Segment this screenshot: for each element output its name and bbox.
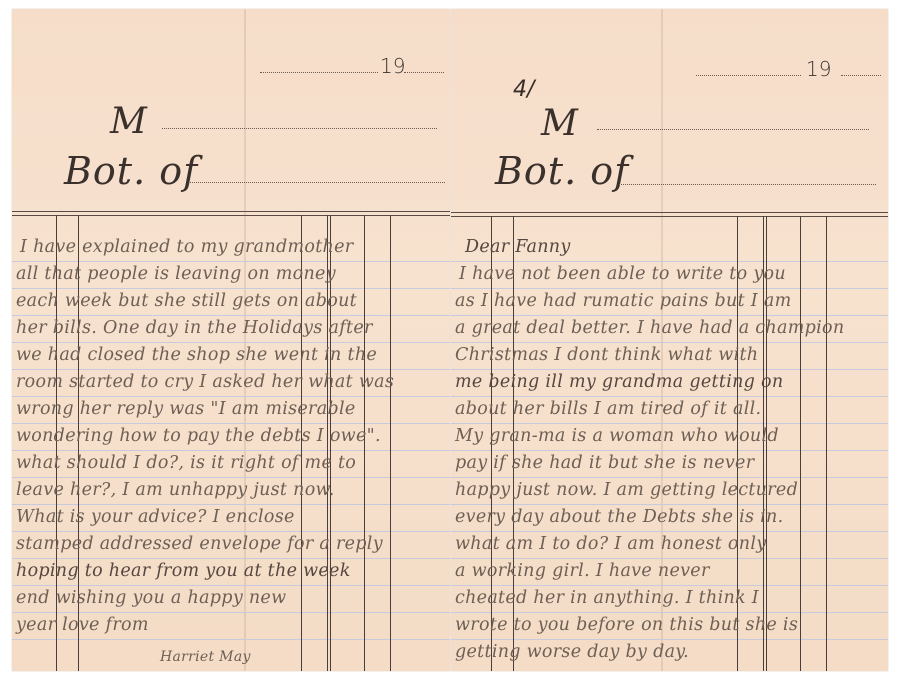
table-top-rule xyxy=(451,212,888,217)
letter-line: wrong her reply was "I am miserable xyxy=(12,399,450,419)
bot-of-label: Bot. of xyxy=(64,149,198,193)
left-page: 19 M Bot. of I have explained to my gran… xyxy=(12,9,450,671)
letter-line: a great deal better. I have had a champi… xyxy=(451,318,888,338)
ruled-line xyxy=(451,612,888,613)
m-label: M xyxy=(541,103,578,144)
ruled-line xyxy=(451,423,888,424)
letter-line: wrote to you before on this but she is xyxy=(451,615,888,635)
ruled-line xyxy=(451,342,888,343)
letter-line: I have explained to my grandmother xyxy=(12,237,450,257)
addressee-line xyxy=(597,129,869,130)
letter-line: pay if she had it but she is never xyxy=(451,453,888,473)
date-line xyxy=(696,75,801,76)
letter-line: her bills. One day in the Holidays after xyxy=(12,318,450,338)
bought-of-line xyxy=(619,184,876,185)
signature: Harriet May xyxy=(160,649,251,665)
ruled-line xyxy=(451,585,888,586)
right-page: 4/ 19 M Bot. of Dear Fanny I have not be… xyxy=(451,9,888,671)
m-label: M xyxy=(110,101,147,142)
ruled-line xyxy=(451,531,888,532)
letter-line: me being ill my grandma getting on xyxy=(451,372,888,392)
letter-line: hoping to hear from you at the week xyxy=(12,561,450,581)
letter-line: getting worse day by day. xyxy=(451,642,888,662)
letter-line: room started to cry I asked her what was xyxy=(12,372,450,392)
letter-line: as I have had rumatic pains but I am xyxy=(451,291,888,311)
letter-line: What is your advice? I enclose xyxy=(12,507,450,527)
ruled-line xyxy=(451,504,888,505)
letter-line: what am I to do? I am honest only xyxy=(451,534,888,554)
ruled-line xyxy=(451,450,888,451)
letter-line: a working girl. I have never xyxy=(451,561,888,581)
letter-line: stamped addressed envelope for a reply xyxy=(12,534,450,554)
ruled-line xyxy=(451,477,888,478)
letter-line: each week but she still gets on about xyxy=(12,291,450,311)
bot-of-label: Bot. of xyxy=(495,149,629,193)
date-line-end xyxy=(841,75,881,76)
letter-line: all that people is leaving on money xyxy=(12,264,450,284)
ruled-line xyxy=(451,639,888,640)
ruled-line xyxy=(451,315,888,316)
letter-line: I have not been able to write to you xyxy=(451,264,888,284)
letter-line: happy just now. I am getting lectured xyxy=(451,480,888,500)
year-label: 19 xyxy=(806,57,831,81)
bought-of-line xyxy=(190,182,445,183)
greeting: Dear Fanny xyxy=(451,237,888,257)
letter-line: we had closed the shop she went in the xyxy=(12,345,450,365)
ruled-line xyxy=(451,558,888,559)
letter-line: year love from xyxy=(12,615,450,635)
date-line xyxy=(260,72,378,73)
letter-line: My gran-ma is a woman who would xyxy=(451,426,888,446)
ruled-line xyxy=(451,288,888,289)
letter-line: every day about the Debts she is in. xyxy=(451,507,888,527)
letter-line: Christmas I dont think what with xyxy=(451,345,888,365)
letter-line: wondering how to pay the debts I owe". xyxy=(12,426,450,446)
ruled-line xyxy=(451,396,888,397)
letter-line: end wishing you a happy new xyxy=(12,588,450,608)
addressee-line xyxy=(162,128,437,129)
ruled-line xyxy=(451,261,888,262)
date-line-end xyxy=(404,72,444,73)
letter-line: what should I do?, is it right of me to xyxy=(12,453,450,473)
letter-line: about her bills I am tired of it all. xyxy=(451,399,888,419)
page-number-mark: 4/ xyxy=(513,77,534,102)
letter-line: leave her?, I am unhappy just now. xyxy=(12,480,450,500)
ruled-line xyxy=(451,369,888,370)
year-label: 19 xyxy=(380,54,405,78)
letter-line: cheated her in anything. I think I xyxy=(451,588,888,608)
